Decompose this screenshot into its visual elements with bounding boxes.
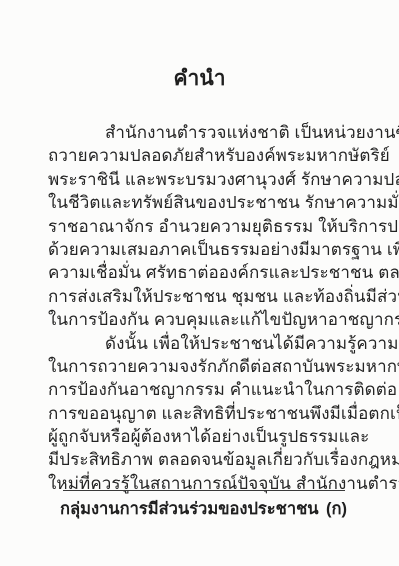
body-line: ถวายความปลอดภัยสำหรับองค์พระมหากษัตริย์ [48,144,386,167]
footer-department-label: กลุ่มงานการมีส่วนร่วมของประชาชน [60,496,319,522]
body-line: ในการถวายความจงรักภักดีต่อสถาบันพระมหากษ… [48,355,386,378]
page-footer: กลุ่มงานการมีส่วนร่วมของประชาชน (ก) [60,490,347,522]
body-line: การส่งเสริมให้ประชาชน ชุมชน และท้องถิ่นม… [48,285,386,308]
body-line: การขออนุญาต และสิทธิที่ประชาชนพึงมีเมื่อ… [48,402,386,425]
footer-page-number: (ก) [326,496,347,522]
body-line: พระราชินี และพระบรมวงศานุวงศ์ รักษาความป… [48,168,386,191]
body-line: ผู้ถูกจับหรือผู้ต้องหาได้อย่างเป็นรูปธรร… [48,425,386,448]
body-line: ราชอาณาจักร อำนวยความยุติธรรม ให้บริการป… [48,215,386,238]
document-page: คำนำ สำนักงานตำรวจแห่งชาติ เป็นหน่วยงานซ… [0,0,399,566]
body-line: มีประสิทธิภาพ ตลอดจนข้อมูลเกี่ยวกับเรื่อ… [48,448,386,471]
body-line: ในชีวิตและทรัพย์สินของประชาชน รักษาความม… [48,191,386,214]
page-title: คำนำ [0,62,399,95]
document-body: สำนักงานตำรวจแห่งชาติ เป็นหน่วยงานซึ่งมี… [48,121,386,495]
body-line: ในการป้องกัน ควบคุมและแก้ไขปัญหาอาชญากรร… [48,308,386,331]
footer-divider [63,490,345,491]
body-line: ดังนั้น เพื่อให้ประชาชนได้มีความรู้ความเ… [48,332,386,355]
body-line: สำนักงานตำรวจแห่งชาติ เป็นหน่วยงานซึ่งมี… [48,121,386,144]
body-line: ด้วยความเสมอภาคเป็นธรรมอย่างมีมาตรฐาน เพ… [48,238,386,261]
body-line: การป้องกันอาชญากรรม คำแนะนำในการติดต่อ [48,378,386,401]
footer-row: กลุ่มงานการมีส่วนร่วมของประชาชน (ก) [60,496,347,522]
body-line: ความเชื่อมั่น ศรัทธาต่อองค์กรและประชาชน … [48,261,386,284]
